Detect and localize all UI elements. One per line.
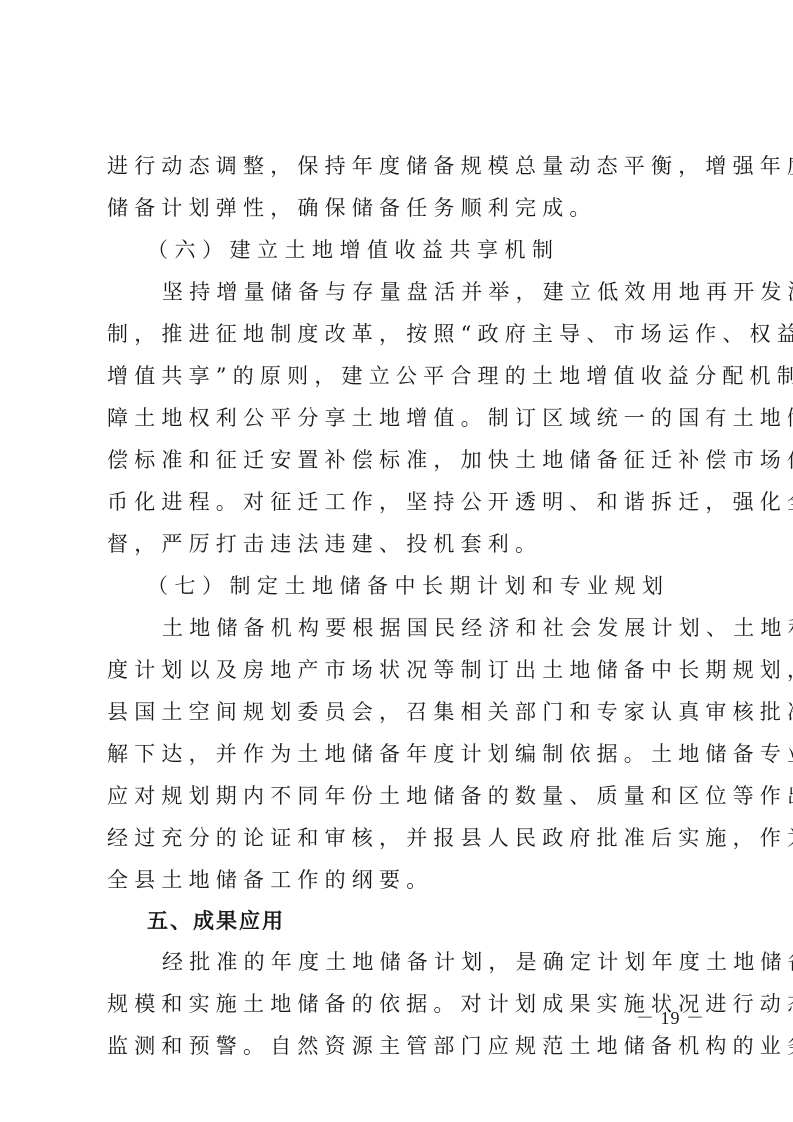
text-line: 全县土地储备工作的纲要。 bbox=[107, 859, 697, 901]
page-number: － 19 － bbox=[636, 1004, 705, 1030]
text-line: 增值共享”的原则，建立公平合理的土地增值收益分配机制，保 bbox=[107, 355, 697, 397]
text-line: 障土地权利公平分享土地增值。制订区域统一的国有土地储备补 bbox=[107, 397, 697, 439]
text-line: 监测和预警。自然资源主管部门应规范土地储备机构的业务流程 bbox=[107, 1025, 697, 1067]
paragraph-long-term-plan: 土地储备机构要根据国民经济和社会发展计划、土地利用年 度计划以及房地产市场状况等… bbox=[107, 607, 697, 901]
text-line: 土地储备机构要根据国民经济和社会发展计划、土地利用年 bbox=[107, 607, 697, 649]
document-page: 进行动态调整，保持年度储备规模总量动态平衡，增强年度土地 储备计划弹性，确保储备… bbox=[0, 0, 793, 1122]
paragraph-continuation: 进行动态调整，保持年度储备规模总量动态平衡，增强年度土地 储备计划弹性，确保储备… bbox=[107, 145, 697, 229]
section-heading-5: 五、成果应用 bbox=[107, 901, 697, 941]
text-line: 经批准的年度土地储备计划，是确定计划年度土地储备融资 bbox=[107, 941, 697, 983]
text-line: 币化进程。对征迁工作，坚持公开透明、和谐拆迁，强化全程监 bbox=[107, 481, 697, 523]
page-content: 进行动态调整，保持年度储备规模总量动态平衡，增强年度土地 储备计划弹性，确保储备… bbox=[107, 145, 697, 1067]
paragraph-land-value-sharing: 坚持增量储备与存量盘活并举，建立低效用地再开发激励机 制，推进征地制度改革，按照… bbox=[107, 271, 697, 565]
text-line: 督，严厉打击违法违建、投机套利。 bbox=[107, 523, 697, 565]
text-line: 应对规划期内不同年份土地储备的数量、质量和区位等作出规划， bbox=[107, 775, 697, 817]
text-line: 县国土空间规划委员会，召集相关部门和专家认真审核批准后分 bbox=[107, 691, 697, 733]
text-line: 度计划以及房地产市场状况等制订出土地储备中长期规划，提交 bbox=[107, 649, 697, 691]
text-line: 偿标准和征迁安置补偿标准，加快土地储备征迁补偿市场化和货 bbox=[107, 439, 697, 481]
text-line: 坚持增量储备与存量盘活并举，建立低效用地再开发激励机 bbox=[107, 271, 697, 313]
text-line: 经过充分的论证和审核，并报县人民政府批准后实施，作为指导 bbox=[107, 817, 697, 859]
subheading-6: （六）建立土地增值收益共享机制 bbox=[107, 229, 697, 271]
text-line: 储备计划弹性，确保储备任务顺利完成。 bbox=[107, 187, 697, 229]
subheading-7: （七）制定土地储备中长期计划和专业规划 bbox=[107, 565, 697, 607]
text-line: 解下达，并作为土地储备年度计划编制依据。土地储备专业规划 bbox=[107, 733, 697, 775]
text-line: 制，推进征地制度改革，按照“政府主导、市场运作、权益保障、 bbox=[107, 313, 697, 355]
text-line: 进行动态调整，保持年度储备规模总量动态平衡，增强年度土地 bbox=[107, 145, 697, 187]
text-line: 规模和实施土地储备的依据。对计划成果实施状况进行动态评估、 bbox=[107, 983, 697, 1025]
paragraph-results-application: 经批准的年度土地储备计划，是确定计划年度土地储备融资 规模和实施土地储备的依据。… bbox=[107, 941, 697, 1067]
